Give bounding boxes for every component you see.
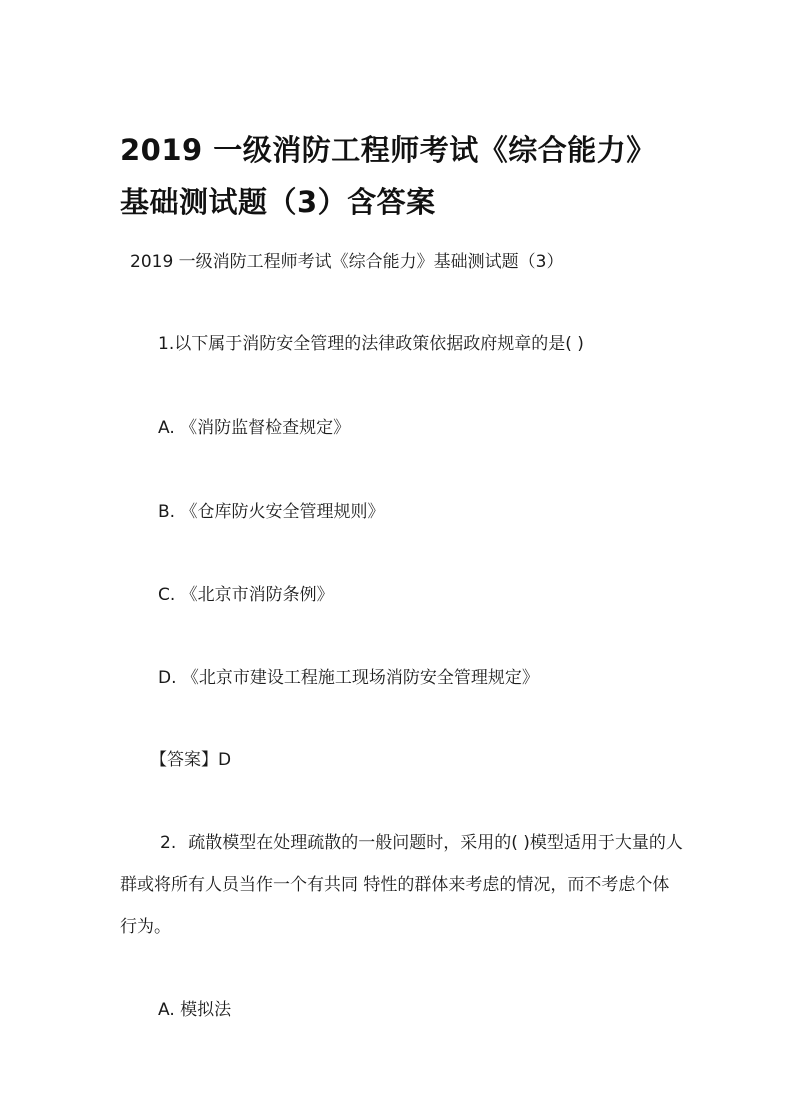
document-title: 2019 一级消防工程师考试《综合能力》基础测试题（3）含答案 xyxy=(120,124,680,228)
question-1-stem: 1.以下属于消防安全管理的法律政策依据政府规章的是( ) xyxy=(158,334,584,354)
question-1-option-a: A. 《消防监督检查规定》 xyxy=(158,418,350,438)
question-1-option-c: C. 《北京市消防条例》 xyxy=(158,585,334,605)
question-2-stem: 疏散模型在处理疏散的一般问题时，采用的( )模型适用于大量的人群或将所有人员当作… xyxy=(120,833,683,937)
question-2-option-a: A. 模拟法 xyxy=(158,1000,231,1020)
question-1-option-b: B. 《仓库防火安全管理规则》 xyxy=(158,502,384,522)
question-1-option-d: D. 《北京市建设工程施工现场消防安全管理规定》 xyxy=(158,668,539,688)
question-2-number: 2. xyxy=(160,833,176,853)
document-subtitle: 2019 一级消防工程师考试《综合能力》基础测试题（3） xyxy=(130,252,563,272)
question-1-answer: 【答案】D xyxy=(150,750,231,770)
question-2-stem-block: 2.疏散模型在处理疏散的一般问题时，采用的( )模型适用于大量的人群或将所有人员… xyxy=(120,822,685,948)
